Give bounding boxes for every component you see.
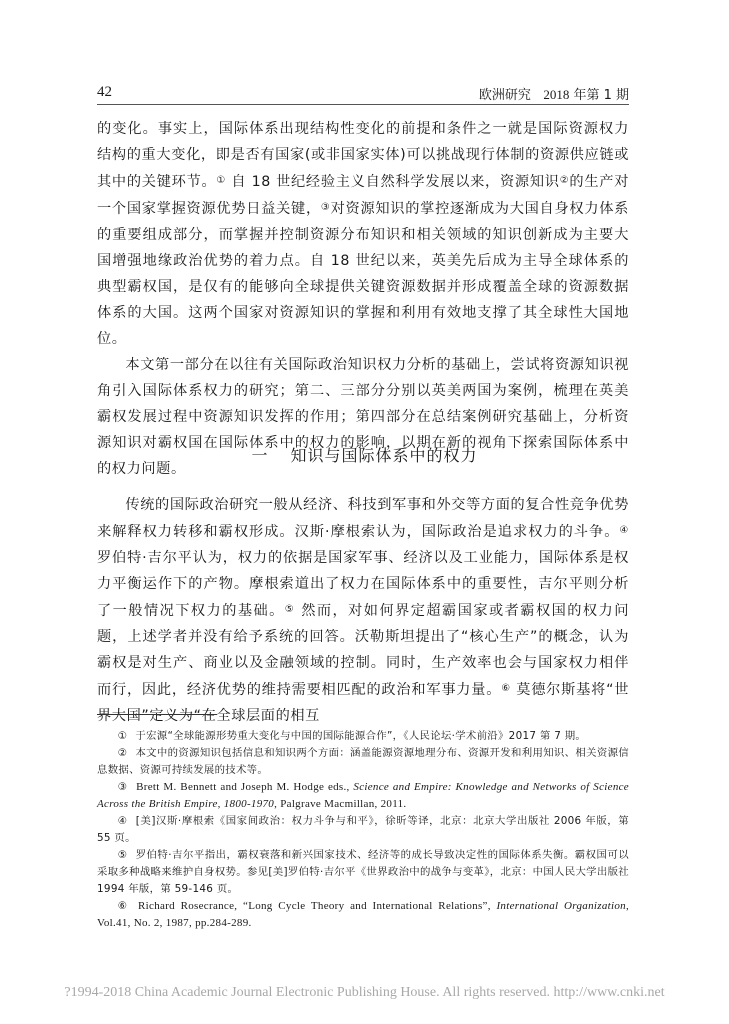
footnote-text: Richard Rosecrance, “Long Cycle Theory a… (138, 900, 496, 912)
footnote-rule (97, 714, 217, 715)
text-run: 传统的国际政治研究一般从经济、科技到军事和外交等方面的复合性竞争优势来解释权力转… (97, 497, 629, 540)
page-number: 42 (97, 84, 112, 101)
section-number: 一 (251, 446, 268, 465)
footnote-text: 本文中的资源知识包括信息和知识两个方面：涵盖能源资源地理分布、资源开发和利用知识… (97, 747, 629, 776)
footnote-ref[interactable]: ⑥ (501, 683, 511, 694)
text-run: 自 18 世纪经验主义自然科学发展以来，资源知识 (226, 174, 560, 190)
footnote: ⑤罗伯特·吉尔平指出，霸权衰落和新兴国家技术、经济等的成长导致决定性的国际体系失… (97, 847, 629, 898)
footnote-ref[interactable]: ③ (321, 202, 331, 213)
footnote: ④[美]汉斯·摩根索《国家间政治：权力斗争与和平》，徐昕等译，北京：北京大学出版… (97, 813, 629, 847)
footnote-text: 罗伯特·吉尔平指出，霸权衰落和新兴国家技术、经济等的成长导致决定性的国际体系失衡… (97, 849, 629, 895)
section-body-text: 传统的国际政治研究一般从经济、科技到军事和外交等方面的复合性竞争优势来解释权力转… (97, 492, 629, 729)
journal-issue: 欧洲研究 2018 年第 1 期 (479, 84, 629, 103)
footnote: ①于宏源“全球能源形势重大变化与中国的国际能源合作”，《人民论坛·学术前沿》20… (97, 728, 629, 745)
footnote: ②本文中的资源知识包括信息和知识两个方面：涵盖能源资源地理分布、资源开发和利用知… (97, 745, 629, 779)
journal-name: 欧洲研究 (479, 88, 531, 103)
text-run: 对资源知识的掌控逐渐成为大国自身权力体系的重要组成部分，而掌握并控制资源分布知识… (97, 201, 629, 347)
section-title: 知识与国际体系中的权力 (291, 446, 478, 465)
section-heading: 一知识与国际体系中的权力 (0, 443, 729, 466)
intro-text: 的变化。事实上，国际体系出现结构性变化的前提和条件之一就是国际资源权力结构的重大… (97, 116, 629, 482)
footnote-text: , Palgrave Macmillan, 2011. (274, 798, 406, 810)
issue-text: 年第 1 期 (573, 88, 629, 103)
footnote-text: 于宏源“全球能源形势重大变化与中国的国际能源合作”，《人民论坛·学术前沿》201… (135, 730, 586, 742)
footnote-ref[interactable]: ⑤ (285, 604, 295, 615)
footnote-mark: ⑥ (118, 900, 130, 912)
footnote-mark: ② (118, 747, 128, 759)
footnote-mark: ⑤ (118, 849, 128, 861)
footnote-mark: ① (118, 730, 128, 742)
header-rule (97, 104, 629, 105)
footnote-text: Brett M. Bennett and Joseph M. Hodge eds… (136, 781, 353, 793)
footnote: ⑥Richard Rosecrance, “Long Cycle Theory … (97, 898, 629, 932)
footnote: ③Brett M. Bennett and Joseph M. Hodge ed… (97, 779, 629, 813)
footnote-text: [美]汉斯·摩根索《国家间政治：权力斗争与和平》，徐昕等译，北京：北京大学出版社… (97, 815, 629, 844)
paragraph: 传统的国际政治研究一般从经济、科技到军事和外交等方面的复合性竞争优势来解释权力转… (97, 492, 629, 729)
running-header: 42 欧洲研究 2018 年第 1 期 (97, 80, 629, 104)
copyright-footer: ?1994-2018 China Academic Journal Electr… (0, 985, 729, 1001)
footnote-ref[interactable]: ④ (619, 525, 629, 536)
footnote-mark: ③ (118, 781, 128, 793)
issue-year: 2018 (543, 87, 569, 102)
footnote-ref[interactable]: ① (216, 175, 226, 186)
footnotes: ①于宏源“全球能源形势重大变化与中国的国际能源合作”，《人民论坛·学术前沿》20… (97, 728, 629, 932)
footnote-title: International Organization (496, 900, 625, 912)
footnote-ref[interactable]: ② (560, 175, 570, 186)
paragraph: 的变化。事实上，国际体系出现结构性变化的前提和条件之一就是国际资源权力结构的重大… (97, 116, 629, 352)
footnote-mark: ④ (118, 815, 128, 827)
